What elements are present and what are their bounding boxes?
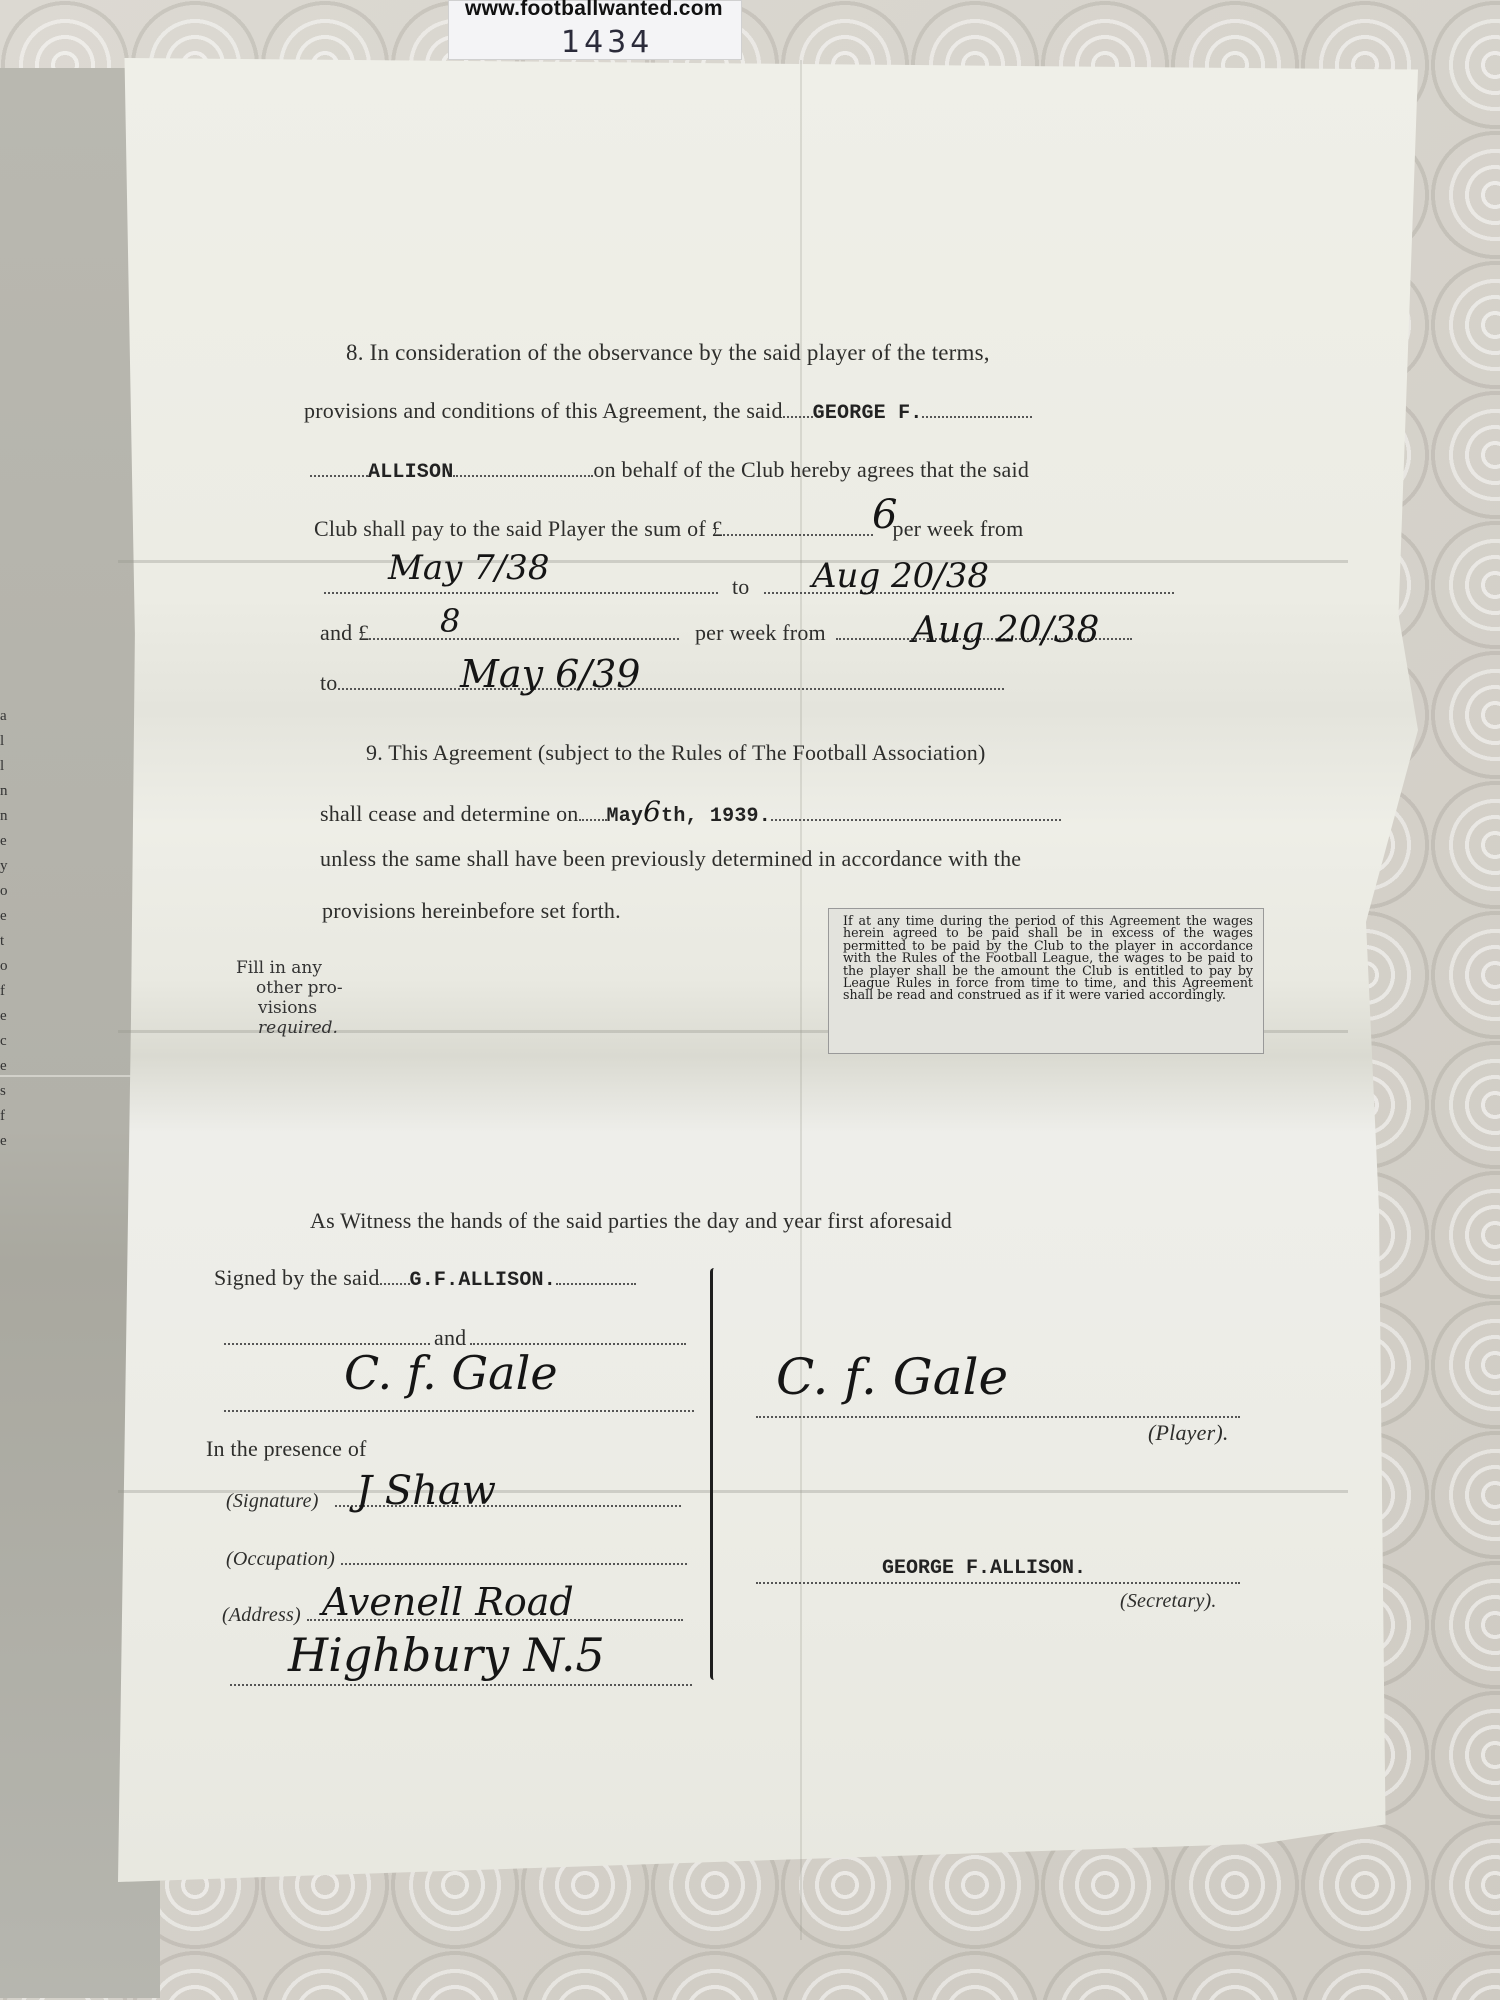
typed-surname: ALLISON: [368, 461, 453, 484]
clause8-period2-end: to: [320, 670, 1004, 696]
left-page-text-fragment: e: [0, 1058, 7, 1075]
left-page-text-fragment: e: [0, 833, 7, 850]
left-page-text-fragment: l: [0, 733, 4, 750]
left-page-text-fragment: o: [0, 883, 8, 900]
clause8-line1: 8. In consideration of the observance by…: [346, 340, 990, 366]
left-page-text-fragment: l: [0, 758, 4, 775]
secretary-label: (Secretary).: [1120, 1590, 1217, 1613]
clause8-line4: Club shall pay to the said Player the su…: [314, 516, 1023, 542]
clause9-line4: provisions hereinbefore set forth.: [322, 898, 621, 924]
signature-player: C. f. Gale: [776, 1348, 1008, 1406]
left-page-text-fragment: e: [0, 1133, 7, 1150]
handwritten-amount-1: 6: [872, 492, 897, 538]
clause9-line1: 9. This Agreement (subject to the Rules …: [366, 740, 986, 766]
handwritten-date-to-1: Aug 20/38: [812, 556, 989, 596]
witness-heading: As Witness the hands of the said parties…: [310, 1208, 952, 1234]
handwritten-address-1: Avenell Road: [322, 1580, 574, 1624]
left-page-text-fragment: s: [0, 1083, 6, 1100]
inventory-label: www.footballwanted.com 1434: [448, 0, 742, 60]
clause9-line2: shall cease and determine onMay6th, 1939…: [320, 795, 1061, 828]
clause9-line3: unless the same shall have been previous…: [320, 846, 1021, 872]
player-label: (Player).: [1148, 1420, 1229, 1446]
brace-line: [710, 1268, 719, 1680]
clause8-line2: provisions and conditions of this Agreem…: [304, 398, 1032, 425]
clause8-line3: ALLISONon behalf of the Club hereby agre…: [310, 457, 1029, 484]
left-page-text-fragment: o: [0, 958, 8, 975]
signature-witness: J Shaw: [356, 1468, 496, 1514]
handwritten-address-2: Highbury N.5: [288, 1628, 605, 1682]
site-url: www.footballwanted.com: [465, 0, 723, 21]
left-page-text-fragment: a: [0, 708, 7, 725]
left-page-text-fragment: t: [0, 933, 4, 950]
left-page-text-fragment: f: [0, 1108, 5, 1125]
left-page-text-fragment: y: [0, 858, 8, 875]
presence-label: In the presence of: [206, 1436, 367, 1462]
handwritten-date-to-2: May 6/39: [460, 652, 640, 696]
left-page-text-fragment: c: [0, 1033, 7, 1050]
left-page-text-fragment: n: [0, 808, 8, 825]
signature-club: C. f. Gale: [344, 1346, 558, 1400]
typed-name: GEORGE F.: [813, 402, 923, 425]
handwritten-date-from-1: May 7/38: [388, 548, 549, 588]
left-page-text-fragment: f: [0, 983, 5, 1000]
pasted-wage-clause: If at any time during the period of this…: [828, 908, 1264, 1054]
typed-secretary-name: GEORGE F.ALLISON.: [882, 1557, 1086, 1580]
left-page-text-fragment: e: [0, 1008, 7, 1025]
handwritten-date-from-2: Aug 20/38: [912, 610, 1099, 651]
handwritten-amount-2: 8: [440, 602, 460, 640]
fold-line: [118, 560, 1348, 563]
inventory-number: 1434: [561, 25, 653, 60]
left-page-text-fragment: n: [0, 783, 8, 800]
signed-by-line: Signed by the saidG.F.ALLISON.: [214, 1265, 636, 1292]
margin-note: Fill in any other pro- visions required.: [236, 958, 343, 1038]
left-page-text-fragment: e: [0, 908, 7, 925]
occupation-line: (Occupation): [226, 1548, 687, 1571]
handwritten-day: 6: [643, 795, 661, 828]
